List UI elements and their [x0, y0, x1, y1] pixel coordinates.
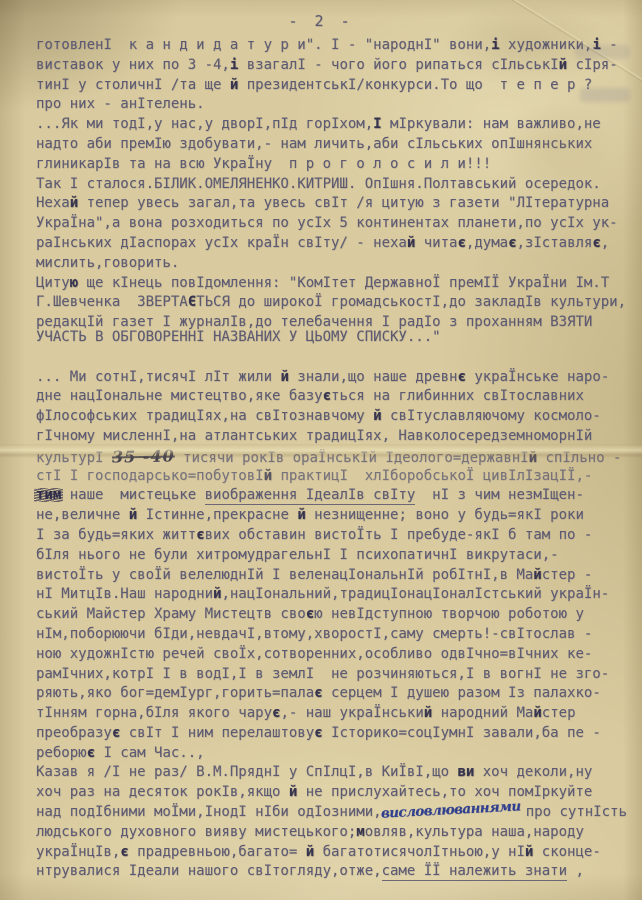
text-line: над подІбними моЇми,ІнодІ нІби одІозними…	[36, 803, 626, 823]
text-line: тІнням горна,бІля якого чарує,- наш укра…	[36, 704, 626, 724]
text-line: бІля нього не були хитромудрагельнІ І пс…	[36, 546, 626, 566]
text-line: дне нацІональне мистецтво,яке базується …	[36, 387, 626, 407]
text-line: культурІ 35 -40 тисячи рокІв ораЇнськІй …	[36, 447, 626, 467]
text-line: мислить,говорить.	[36, 254, 626, 274]
text-line: фІлософських традицІях,на свІтознавчому …	[36, 407, 626, 427]
text-line: Цитую ще кІнець повІдомлення: "КомІтет Д…	[36, 274, 626, 294]
text-line: готовленІ к а н д и д а т у р и". І - "н…	[36, 36, 626, 56]
text-line: Нехай тепер увесь загал,та увесь свІт /я…	[36, 194, 626, 214]
text-line: нІ МитцІв.Наш народний,нацІональний,трад…	[36, 585, 626, 605]
text-line: нтрувалися Ідеали нашого свІтогляду,отже…	[36, 862, 626, 882]
text-line: рамІчних,котрІ І в водІ,І в землІ не роз…	[36, 665, 626, 685]
text-line: преобразує свІт І ним перелаштовує Істор…	[36, 724, 626, 744]
scanned-page: - 2 - готовленІ к а н д и д а т у р и". …	[0, 0, 642, 900]
text-line: хоч раз на десяток рокІв,якщо й не присл…	[36, 783, 626, 803]
text-line: тинІ у столичнІ /та ще й президентськІ/к…	[36, 76, 626, 96]
text-line: людського духовного вияву мистецького;мо…	[36, 823, 626, 843]
scribbled-out-word: тим	[36, 487, 61, 503]
typewritten-text: готовленІ к а н д и д а т у р и". І - "н…	[36, 36, 626, 882]
text-line: Казав я /І не раз/ В.М.ПряднІ у СпІлцІ,в…	[36, 763, 626, 783]
text-line: ...Як ми тодІ,у нас,у дворІ,пІд горІхом,…	[36, 115, 626, 135]
text-line: не,величне й Істинне,прекрасне й незнище…	[36, 506, 626, 526]
text-line: про них - анІтелень.	[36, 95, 626, 115]
text-line: реборює І сам Час..,	[36, 744, 626, 764]
page-number: - 2 -	[0, 12, 642, 30]
text-line: Так І сталося.БІЛИК.ОМЕЛЯНЕНКО.КИТРИШ. О…	[36, 175, 626, 195]
text-line: ський Майстер Храму Мистецтв своєю невІд…	[36, 605, 626, 625]
text-line: ряють,яко бог=демІург,горить=палає серце…	[36, 684, 626, 704]
text-line: тим наше мистецьке виображення ІдеалІв с…	[36, 486, 626, 506]
text-line: І за будь=яких життєвих обставин вистоЇт…	[36, 526, 626, 546]
text-line: Г.Шевченка ЗВЕРТАЄТЬСЯ до широкоЇ громад…	[36, 293, 626, 313]
text-line: ною художнІстю речей своЇх,сотворенних,о…	[36, 645, 626, 665]
text-line: украЇнцІв,є прадревньою,багато= й багато…	[36, 843, 626, 863]
text-line: виставок у них по 3 -4,і взагалІ - чого …	[36, 56, 626, 76]
handwritten-correction-dark: 35 -40	[112, 446, 175, 467]
text-line: раІнських дІаспорах усІх краЇн свІту/ - …	[36, 234, 626, 254]
text-line: ... Ми сотнІ,тисячІ лІт жили й знали,що …	[36, 368, 626, 388]
text-line: вистоЇть у своЇй велелюднІй І веленацІон…	[36, 566, 626, 586]
text-line: стІ І господарсько=побутовІй практицІ хл…	[36, 467, 626, 487]
text-line: нІм,поборюючи бІди,невдачІ,втому,хворост…	[36, 625, 626, 645]
text-line: глиникарІв та на всю УкраЇну п р о г о л…	[36, 155, 626, 175]
text-line: УкраЇна",а вона розходиться по усІх 5 ко…	[36, 214, 626, 234]
text-line: надто аби премІю здобувати,- нам личить,…	[36, 135, 626, 155]
text-line: гІчному мисленнІ,на атлантських традицІя…	[36, 427, 626, 447]
